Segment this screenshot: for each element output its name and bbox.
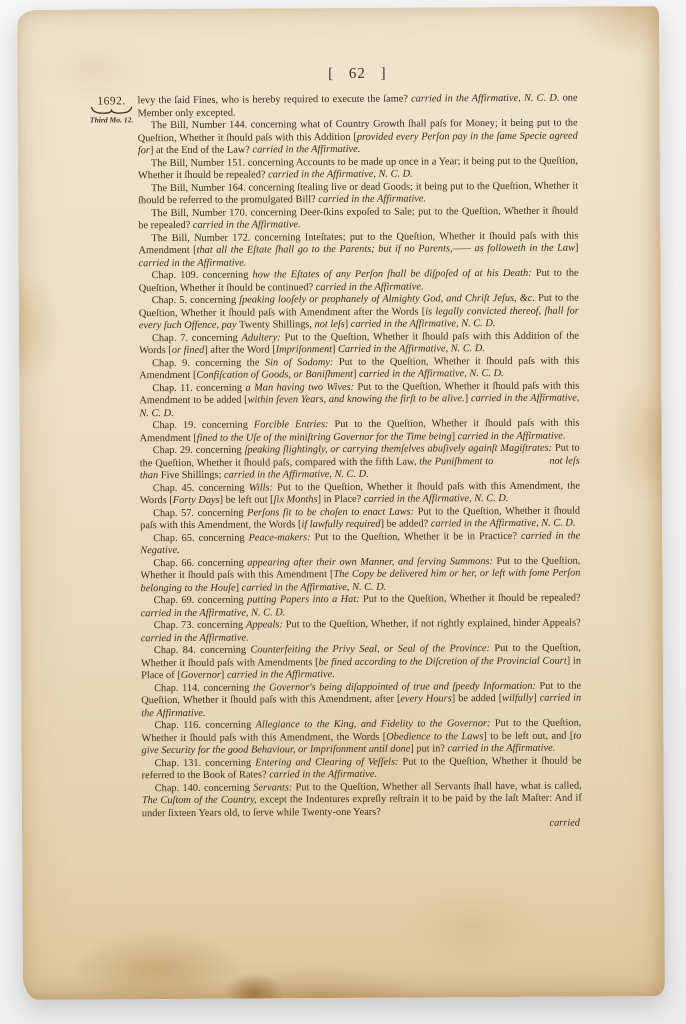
italic-text: Peace-makers: [249, 532, 315, 543]
roman-text: levy the ſaid Fines, who is hereby requi… [138, 94, 412, 107]
roman-text: Put to the Queſtion, Whether, if not rig… [286, 618, 581, 631]
roman-text: ] to be left out, and [ [483, 730, 573, 742]
roman-text: ] [575, 243, 579, 254]
paragraph: The Bill, Number 151. concerning Account… [138, 155, 578, 183]
italic-text: carried in the Affirmative, N. C. D. [268, 169, 413, 181]
italic-text: Allegiance to the King, and Fidelity to … [256, 718, 495, 730]
italic-text: Servants: [253, 782, 295, 793]
italic-text: carried in the Affirmative. [458, 430, 566, 442]
italic-text: or fined [172, 345, 205, 356]
paragraph: Chap. 66. concerning appearing after the… [140, 555, 580, 595]
italic-text: Forcible Entries: [254, 419, 335, 430]
text-column: levy the ſaid Fines, who is hereby requi… [138, 93, 582, 833]
paragraph: Chap. 69. concerning putting Papers into… [141, 593, 581, 621]
italic-text: carried in the Affirmative, N. C. D. [359, 368, 504, 380]
italic-text: carried in the Affirmative, N. C. D. [351, 318, 496, 330]
italic-text: carried in the Affirmative. [447, 743, 555, 755]
italic-text: how the Eſtates of any Perſon ſhall be d… [253, 268, 536, 281]
paragraph: Chap. 9. concerning the Sin of Sodomy: P… [139, 355, 579, 383]
italic-text: the Governor's being diſappointed of tru… [253, 680, 540, 693]
paragraph: Chap. 131. concerning Entering and Clear… [142, 755, 582, 783]
paragraph: The Bill, Number 172. concerning Inteſta… [138, 230, 578, 270]
roman-text: Chap. 114. concerning [154, 682, 253, 694]
paragraphs-container: levy the ſaid Fines, who is hereby requi… [138, 93, 582, 821]
italic-text: carried in the Affirmative, N. C. D. [141, 607, 286, 619]
italic-text: carried in the Affirmative. [141, 632, 249, 644]
italic-text: every Hours [400, 693, 451, 704]
italic-text: Appeals: [246, 619, 286, 630]
italic-text: carried in the Affirmative, N. C. D. [242, 581, 387, 593]
italic-text: ſpeaking ſlightingly, or carrying themſe… [245, 443, 555, 456]
roman-text: Chap. 84. concerning [154, 645, 251, 657]
italic-text: Perſons fit to be choſen to enact Laws: [247, 506, 418, 518]
italic-text: carried in the Affirmative, N. C. D. [411, 93, 563, 105]
italic-text: the Puniſhment to [419, 456, 493, 467]
roman-text: Chap. 140. concerning [155, 782, 254, 794]
paragraph: The Bill, Number 164. concerning ſtealin… [138, 180, 578, 208]
italic-text: Carried in the Affirmative, N. C. D. [338, 343, 485, 355]
italic-text: wilfully [502, 693, 533, 704]
roman-text: Chap. 9. concerning the [152, 357, 265, 369]
roman-text: Chap. 29. concerning [153, 445, 245, 457]
paragraph: Chap. 109. concerning how the Eſtates of… [139, 268, 579, 296]
italic-text: Counterfeiting the Privy Seal, or Seal o… [250, 643, 494, 655]
document-page: [ 62 ] 1692. Third Mo. 12. levy the ſaid… [17, 6, 665, 1000]
paragraph: Chap. 7. concerning Adultery: Put to the… [139, 330, 579, 358]
paragraph: Chap. 140. concerning Servants: Put to t… [142, 780, 582, 820]
italic-text: Confiſcation of Goods, or Baniſhment [196, 369, 353, 381]
paragraph: Chap. 57. concerning Perſons fit to be c… [140, 505, 580, 533]
italic-text: carried in the Affirmative. [269, 769, 377, 781]
margin-note-date: Third Mo. 12. [86, 115, 138, 124]
paragraph: Chap. 84. concerning Counterfeiting the … [141, 643, 581, 683]
roman-text: Put to the Queſtion, Whether all Servant… [296, 780, 582, 793]
italic-text: a Man having two Wives: [245, 381, 357, 393]
paragraph: Chap. 19. concerning Forcible Entries: P… [139, 418, 579, 446]
roman-text: Chap. 65. concerning [153, 532, 248, 544]
italic-text: carried in the Affirmative. [318, 193, 426, 205]
italic-text: Forty Days [173, 495, 220, 506]
italic-text: if lawfully required [301, 519, 380, 530]
italic-text: ſix Months [274, 494, 318, 505]
roman-text: ] in Place? [318, 494, 364, 505]
roman-text: Chap. 57. concerning [153, 507, 247, 519]
roman-text: Chap. 109. concerning [152, 270, 253, 282]
paragraph: Chap. 29. concerning ſpeaking ſlightingl… [140, 443, 580, 483]
roman-text: Chap. 69. concerning [154, 595, 248, 607]
italic-text: Obedience to the Laws [386, 731, 483, 743]
italic-text: The Cuſtom of the Country, [142, 795, 260, 807]
roman-text: Five Shillings; [161, 470, 224, 481]
roman-text: ] be added? [381, 518, 431, 529]
roman-text: Chap. 19. concerning [152, 420, 253, 432]
roman-text: ] be added [ [452, 693, 503, 704]
page-number: [ 62 ] [137, 65, 577, 85]
roman-text: Chap. 116. concerning [154, 720, 255, 732]
paragraph: Chap. 65. concerning Peace-makers: Put t… [140, 530, 580, 558]
italic-text: carried in the Affirmative, N. C. D. [364, 493, 509, 505]
roman-text: Chap. 73. concerning [154, 620, 246, 632]
italic-text: not leſs [315, 319, 345, 330]
brace-icon [90, 106, 134, 115]
italic-text: carried in the Affirmative. [138, 257, 246, 269]
italic-text: Entering and Clearing of Veſſels: [255, 756, 402, 768]
italic-text: Sin of Sodomy: [265, 357, 339, 368]
roman-text: Twenty Shillings, [239, 319, 314, 330]
italic-text: Adultery: [242, 332, 285, 343]
italic-text: that all the Eſtate ſhall go to the Pare… [197, 243, 575, 256]
italic-text: carried in the Affirmative. [193, 219, 301, 231]
italic-text: Governor [181, 670, 221, 681]
roman-text: Chap. 66. concerning [153, 557, 247, 569]
italic-text: carried in the Affirmative. [227, 669, 335, 681]
italic-text: carried in the Affirmative. [252, 144, 360, 156]
paragraph: Chap. 73. concerning Appeals: Put to the… [141, 618, 581, 646]
italic-text: appearing after their own Manner, and ſe… [247, 556, 496, 569]
italic-text: putting Papers into a Hat: [247, 594, 363, 606]
italic-text: carried in the Affirmative. [316, 281, 424, 293]
paragraph: The Bill, Number 144. concerning what of… [138, 118, 578, 158]
roman-text: ] be left out [ [220, 494, 274, 505]
italic-text: ſpeaking looſely or prophanely of Almigh… [239, 293, 538, 306]
paragraph: Chap. 11. concerning a Man having two Wi… [139, 380, 579, 420]
italic-text: fined to the Uſe of the miniſtring Gover… [197, 431, 452, 444]
italic-text: Impriſonment [276, 344, 332, 355]
roman-text: Chap. 11. concerning [152, 382, 245, 394]
roman-text: Chap. 7. concerning [152, 332, 242, 344]
roman-text: Put to the Queſtion, Whether it ſhould b… [363, 593, 581, 605]
italic-text: Wills: [249, 482, 277, 493]
italic-text: within ſeven Years, and knowing the firſ… [248, 393, 465, 405]
paragraph: Chap. 5. concerning ſpeaking looſely or … [139, 293, 579, 333]
roman-text: ] at the End of the Law? [150, 145, 253, 157]
italic-text: carried in the Affirmative, N. C. D. [431, 518, 576, 530]
roman-text: ] after the Word [ [204, 344, 275, 355]
paragraph: levy the ſaid Fines, who is hereby requi… [138, 93, 578, 121]
roman-text: Chap. 5. concerning [152, 295, 240, 307]
italic-text: be fined according to the Diſcretion of … [319, 655, 567, 668]
paragraph: Chap. 45. concerning Wills: Put to the Q… [140, 480, 580, 508]
roman-text: Chap. 45. concerning [153, 482, 249, 494]
roman-text: Put to the Queſtion, Whether it be in Pr… [315, 530, 521, 542]
roman-text: Chap. 131. concerning [155, 757, 256, 769]
margin-note: 1692. Third Mo. 12. [86, 95, 138, 124]
italic-text: carried in the Affirmative, N. C. D. [224, 469, 369, 481]
roman-text: ] put in? [410, 743, 447, 754]
paragraph: The Bill, Number 170. concerning Deer-ſk… [138, 205, 578, 233]
paragraph: Chap. 116. concerning Allegiance to the … [141, 718, 581, 758]
paragraph: Chap. 114. concerning the Governor's bei… [141, 680, 581, 720]
